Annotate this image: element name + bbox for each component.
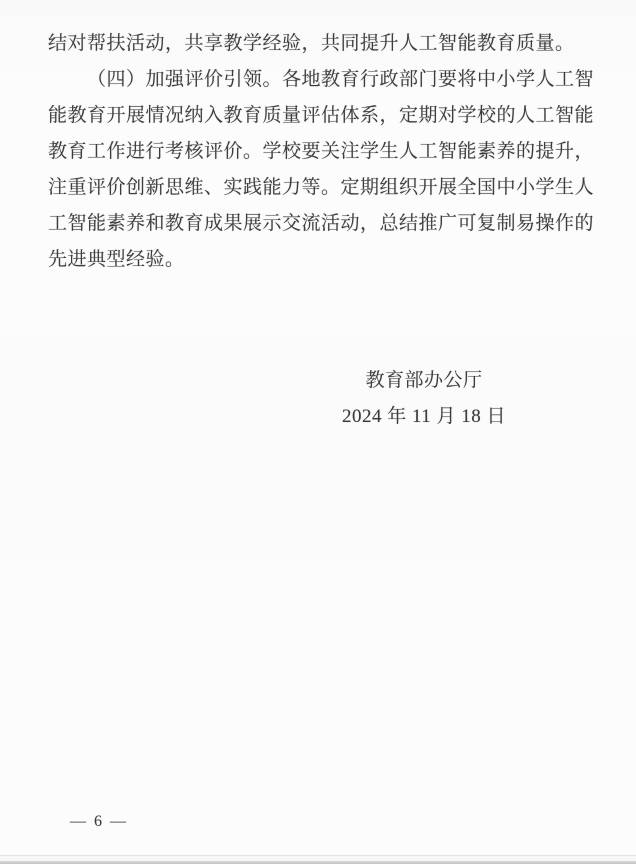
signature-block: 教育部办公厅 2024 年 11 月 18 日 <box>212 363 636 435</box>
body-line-4: 教育工作进行考核评价。学校要关注学生人工智能素养的提升， <box>48 134 596 170</box>
page-number: — 6 — <box>70 812 128 832</box>
document-page: 结对帮扶活动，共享教学经验，共同提升人工智能教育质量。 （四）加强评价引领。各地… <box>0 0 636 864</box>
body-line-1: 结对帮扶活动，共享教学经验，共同提升人工智能教育质量。 <box>48 26 596 62</box>
body-line-2-section-4-heading: （四）加强评价引领。各地教育行政部门要将中小学人工智 <box>48 62 596 98</box>
signature-date: 2024 年 11 月 18 日 <box>212 399 636 435</box>
document-body: 结对帮扶活动，共享教学经验，共同提升人工智能教育质量。 （四）加强评价引领。各地… <box>48 26 596 278</box>
body-line-3: 能教育开展情况纳入教育质量评估体系，定期对学校的人工智能 <box>48 98 596 134</box>
body-line-5: 注重评价创新思维、实践能力等。定期组织开展全国中小学生人 <box>48 170 596 206</box>
signature-issuer: 教育部办公厅 <box>212 363 636 399</box>
body-line-7: 先进典型经验。 <box>48 242 596 278</box>
body-line-6: 工智能素养和教育成果展示交流活动，总结推广可复制易操作的 <box>48 206 596 242</box>
